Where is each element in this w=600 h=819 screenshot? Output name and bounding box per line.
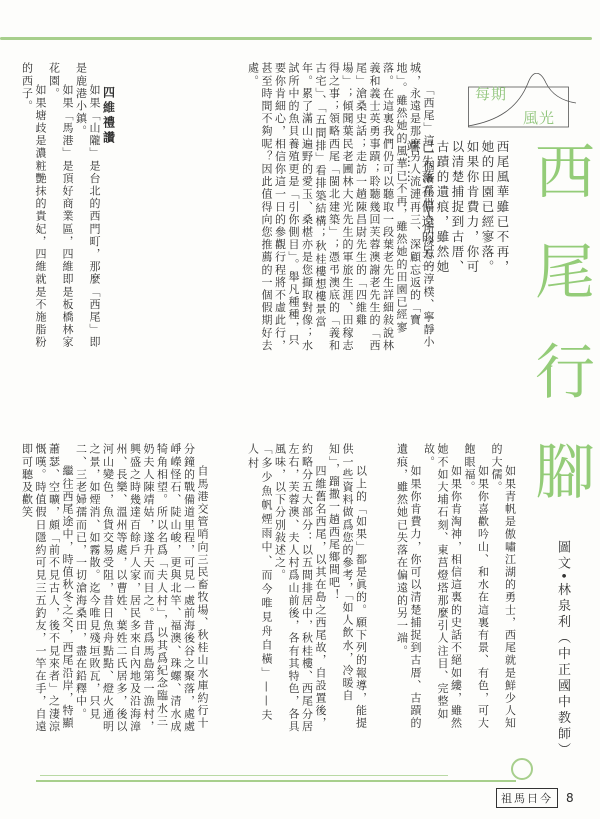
paragraph: 如果「馬港」是頂好商業區，四維即是板橋林家花園。	[47, 62, 74, 352]
circle-ornament-icon	[511, 758, 533, 780]
section-four-dimensions: 四維禮讚 如果「山隴」是台北的西門町，那麼「西尾」即是鹿港小鎮。 如果「馬港」是…	[20, 62, 115, 352]
section-heading: 四維禮讚	[101, 62, 115, 352]
page-footer: 祖馬日今 8	[496, 788, 574, 808]
paragraph: 以上的「如果」都是眞的。願下列的報導，能提供一些資料做爲您的參考，「如人飲水，冷…	[327, 443, 368, 733]
paragraph: 如果你喜歡吟山、和水在這裏有景、有色，可大飽眼福。	[463, 443, 490, 733]
paragraph: 如果你肯費力，你可以清楚捕捉到古厝、古蹟的遺痕，雖然她已失落在偏遠的另一端。	[395, 443, 422, 733]
publication-name: 祖馬日今	[496, 788, 558, 808]
byline: 圖文•林泉利（中正國中教師）	[553, 540, 572, 759]
paragraph: 四維舊名西尾，以其在島之西尾故，自設置後，約略分五大部分：以五間排居中，秋桂樓、…	[273, 443, 327, 733]
paragraph: 如果青帆是傲嘯江湖的勇士，西尾就是鮮少人知的大儒。	[490, 443, 517, 733]
paragraph: 繼往西尾途中，時值秋冬之交，西尾沿岸，特顯蕭瑟、空曠，頗「前不見古人，後不見來者…	[20, 443, 74, 733]
section-overview: 以上的「如果」都是眞的。願下列的報導，能提供一些資料做爲您的參考，「如人飲水，冷…	[246, 443, 368, 733]
paragraph: 如果「山隴」是台北的西門町，那麼「西尾」即是鹿港小鎮。	[74, 62, 101, 352]
paragraph: 「西尾」這一個漸爲世人所淡忘的淳樸、寧靜小城，永遠是那麼另人流漣再三、深顧忘返的…	[246, 62, 435, 352]
bottom-rule	[36, 780, 516, 782]
column-badge: 每期 風光	[468, 73, 578, 128]
article-title: 西尾行腳	[530, 140, 590, 540]
section-intro: 「西尾」這一個漸爲世人所淡忘的淳樸、寧靜小城，永遠是那麼另人流漣再三、深顧忘返的…	[246, 62, 435, 352]
bottom-rule-thin	[40, 775, 448, 776]
paragraph: 如果塘歧是濃粧艷抹的貴妃，四維就是不施脂粉的西子。	[20, 62, 47, 352]
top-rule	[0, 37, 592, 40]
section-if: 如果青帆是傲嘯江湖的勇士，西尾就是鮮少人知的大儒。 如果你喜歡吟山、和水在這裏有…	[395, 443, 517, 733]
paragraph: 自馬港交管哨向三民畜牧場、秋桂山水庫約行十分鐘的戰備道里程，可見一處前海後谷之聚…	[74, 443, 209, 733]
badge-text-scenery: 風光	[523, 107, 555, 128]
paragraph: 如果你肯淘神，相信這裏的史話不絕如縷，雖然她不如大埔石刻、東莒燈塔那麼引人注目、…	[422, 443, 463, 733]
page-number: 8	[566, 791, 574, 805]
badge-text-each-issue: 每期	[475, 83, 507, 104]
pull-quote: 「多少魚帆煙雨中、而今唯見舟自橫」——夫人村	[246, 443, 273, 733]
section-furen-village: 自馬港交管哨向三民畜牧場、秋桂山水庫約行十分鐘的戰備道里程，可見一處前海後谷之聚…	[20, 443, 209, 733]
